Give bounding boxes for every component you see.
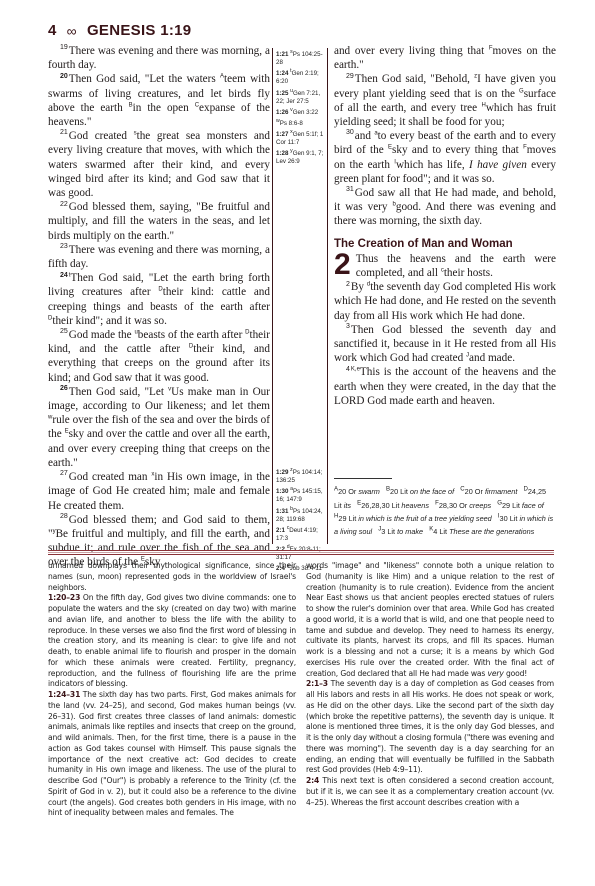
verse-22: 22God blessed them, saying, "Be fruitful… <box>48 200 270 243</box>
verse-24: 24tThen God said, "Let the earth bring f… <box>48 271 270 328</box>
infinity-ornament-icon: ∞ <box>67 23 77 39</box>
scripture-column-right: and over every living thing that Fmoves … <box>334 44 556 408</box>
footnote-rule <box>334 478 392 479</box>
chapter-number: 2 <box>334 252 351 280</box>
commentary-column-left: unnamed downplays their mythological sig… <box>48 561 296 819</box>
commentary-reference: 1:20–23 <box>48 593 80 602</box>
footnote: B20 Lit on the face of <box>386 487 458 496</box>
verse-19: 19There was evening and there was mornin… <box>48 44 270 72</box>
footnote: F28,30 Or creeps <box>435 501 495 510</box>
footnote: C20 Or firmament <box>460 487 521 496</box>
commentary-reference: 2:1–3 <box>306 679 328 688</box>
chapter-2-opening: 2 Thus the heavens and the earth were co… <box>334 252 556 280</box>
page-number: 4 <box>48 22 57 39</box>
footnote: A20 Or swarm <box>334 487 384 496</box>
footnote: H29 Lit in which is the fruit of a tree … <box>334 514 496 523</box>
cross-reference[interactable]: 2:1 cDeut 4:19; 17:3 <box>276 524 327 543</box>
chapter-2-verse-2: 2By dthe seventh day God completed His w… <box>334 280 556 323</box>
cross-reference[interactable]: wPs 8:6-8 <box>276 117 327 128</box>
verse-21: 21God created sthe great sea monsters an… <box>48 129 270 200</box>
scripture-column-left: 19There was evening and there was mornin… <box>48 44 270 570</box>
translation-footnotes: A20 Or swarm B20 Lit on the face of C20 … <box>334 478 554 538</box>
footnote: G29 Lit face of <box>497 501 548 510</box>
verse-28-continued: and over every living thing that Fmoves … <box>334 44 556 72</box>
running-header: 4 ∞ GENESIS 1:19 <box>48 22 191 39</box>
commentary-reference: 1:24–31 <box>48 690 80 699</box>
verse-30: 30and ato every beast of the earth and t… <box>334 129 556 186</box>
chapter-2-verse-3: 3Then God blessed the seventh day and sa… <box>334 323 556 366</box>
section-heading: The Creation of Man and Woman <box>334 237 556 251</box>
cross-reference[interactable]: 1:25 uGen 7:21, 22; Jer 27:5 <box>276 87 327 106</box>
cross-reference[interactable]: 1:27 xGen 5:1f; 1 Cor 11:7 <box>276 128 327 147</box>
cross-reference[interactable]: 1:21 sPs 104:25-28 <box>276 48 327 67</box>
cross-reference-column: 1:21 sPs 104:25-28 1:24 tGen 2:19; 6:20 … <box>272 48 328 544</box>
commentary-reference: 2:4 <box>306 776 319 785</box>
verse-26: 26Then God said, "Let vUs make man in Ou… <box>48 385 270 470</box>
footnote: J3 Lit to make <box>378 527 427 536</box>
cross-reference[interactable]: 1:26 vGen 3:22 <box>276 106 327 117</box>
cross-reference[interactable]: 1:24 tGen 2:19; 6:20 <box>276 67 327 86</box>
verse-29: 29Then God said, "Behold, zI have given … <box>334 72 556 129</box>
verse-25: 25God made the ubeasts of the earth afte… <box>48 328 270 385</box>
commentary-paragraph: 1:24–31 The sixth day has two parts. Fir… <box>48 690 296 819</box>
commentary-divider <box>48 550 554 555</box>
footnote-marker[interactable]: K,e <box>351 367 360 373</box>
commentary-column-right: words "image" and "likeness" connote bot… <box>306 561 554 808</box>
running-head-title: GENESIS 1:19 <box>87 22 191 39</box>
chapter-2-verse-4: 4K,eThis is the account of the heavens a… <box>334 365 556 408</box>
commentary-paragraph: unnamed downplays their mythological sig… <box>48 561 296 593</box>
cross-references-bottom: 1:29 zPs 104:14; 136:25 1:30 aPs 145:15,… <box>276 466 327 573</box>
cross-reference[interactable]: 1:28 yGen 9:1, 7; Lev 26:9 <box>276 147 327 166</box>
chapter-2-verse-1: Thus the heavens and the earth were comp… <box>356 252 556 280</box>
cross-reference[interactable]: 1:31 bPs 104:24, 28; 119:68 <box>276 505 327 524</box>
verse-20: 20Then God said, "Let the waters Ateem w… <box>48 72 270 129</box>
verse-31: 31God saw all that He had made, and beho… <box>334 186 556 229</box>
verse-23: 23There was evening and there was mornin… <box>48 243 270 271</box>
footnote: K4 Lit These are the generations <box>429 527 534 536</box>
commentary-paragraph: 1:20–23 On the fifth day, God gives two … <box>48 593 296 690</box>
commentary-paragraph: words "image" and "likeness" connote bot… <box>306 561 554 679</box>
cross-reference[interactable]: 1:29 zPs 104:14; 136:25 <box>276 466 327 485</box>
cross-references-top: 1:21 sPs 104:25-28 1:24 tGen 2:19; 6:20 … <box>276 48 327 167</box>
cross-reference[interactable]: 1:30 aPs 145:15, 16; 147:9 <box>276 485 327 504</box>
footnote: E26,28,30 Lit heavens <box>357 501 433 510</box>
verse-27: 27God created man xin His own image, in … <box>48 470 270 513</box>
commentary-paragraph: 2:4 This next text is often considered a… <box>306 776 554 808</box>
commentary-paragraph: 2:1–3 The seventh day is a day of comple… <box>306 679 554 776</box>
